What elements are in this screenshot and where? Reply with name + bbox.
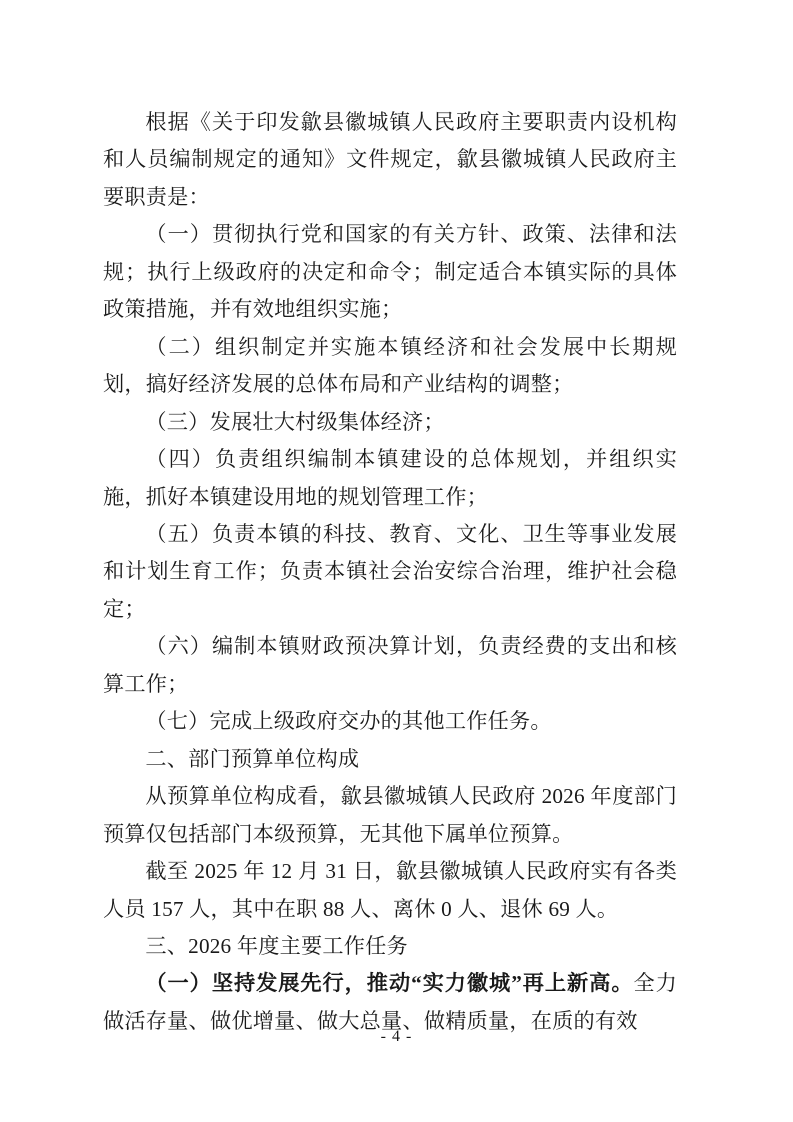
paragraph: （五）负责本镇的科技、教育、文化、卫生等事业发展和计划生育工作；负责本镇社会治安…	[103, 516, 677, 628]
document-body: 根据《关于印发歙县徽城镇人民政府主要职责内设机构和人员编制规定的通知》文件规定，…	[103, 104, 677, 1040]
paragraph: （六）编制本镇财政预决算计划，负责经费的支出和核算工作；	[103, 628, 677, 703]
text-run: 三、2026 年度主要工作任务	[145, 934, 408, 958]
text-run: （七）完成上级政府交办的其他工作任务。	[145, 709, 551, 733]
paragraph: 从预算单位构成看，歙县徽城镇人民政府 2026 年度部门预算仅包括部门本级预算，…	[103, 778, 677, 853]
text-run: 从预算单位构成看，歙县徽城镇人民政府 2026 年度部门预算仅包括部门本级预算，…	[103, 784, 677, 845]
text-run: 截至 2025 年 12 月 31 日，歙县徽城镇人民政府实有各类人员 157 …	[103, 859, 677, 920]
document-page: 根据《关于印发歙县徽城镇人民政府主要职责内设机构和人员编制规定的通知》文件规定，…	[0, 0, 793, 1122]
text-run: （五）负责本镇的科技、教育、文化、卫生等事业发展和计划生育工作；负责本镇社会治安…	[103, 522, 677, 621]
paragraph: 三、2026 年度主要工作任务	[103, 928, 677, 965]
text-run: （六）编制本镇财政预决算计划，负责经费的支出和核算工作；	[103, 634, 677, 695]
paragraph: 根据《关于印发歙县徽城镇人民政府主要职责内设机构和人员编制规定的通知》文件规定，…	[103, 104, 677, 216]
bold-text-run: （一）坚持发展先行，推动“实力徽城”再上新高。	[145, 971, 633, 995]
paragraph: 截至 2025 年 12 月 31 日，歙县徽城镇人民政府实有各类人员 157 …	[103, 853, 677, 928]
text-run: 二、部门预算单位构成	[145, 747, 359, 771]
paragraph: 二、部门预算单位构成	[103, 741, 677, 778]
paragraph: （一）贯彻执行党和国家的有关方针、政策、法律和法规；执行上级政府的决定和命令；制…	[103, 216, 677, 328]
paragraph: （四）负责组织编制本镇建设的总体规划，并组织实施，抓好本镇建设用地的规划管理工作…	[103, 441, 677, 516]
text-run: （二）组织制定并实施本镇经济和社会发展中长期规划，搞好经济发展的总体布局和产业结…	[103, 335, 677, 396]
paragraph: （七）完成上级政府交办的其他工作任务。	[103, 703, 677, 740]
text-run: （三）发展壮大村级集体经济；	[145, 410, 444, 434]
page-number: - 4 -	[0, 1026, 793, 1048]
text-run: （四）负责组织编制本镇建设的总体规划，并组织实施，抓好本镇建设用地的规划管理工作…	[103, 447, 677, 508]
paragraph: （三）发展壮大村级集体经济；	[103, 404, 677, 441]
paragraph: （二）组织制定并实施本镇经济和社会发展中长期规划，搞好经济发展的总体布局和产业结…	[103, 329, 677, 404]
text-run: 根据《关于印发歙县徽城镇人民政府主要职责内设机构和人员编制规定的通知》文件规定，…	[103, 110, 677, 209]
text-run: （一）贯彻执行党和国家的有关方针、政策、法律和法规；执行上级政府的决定和命令；制…	[103, 222, 677, 321]
